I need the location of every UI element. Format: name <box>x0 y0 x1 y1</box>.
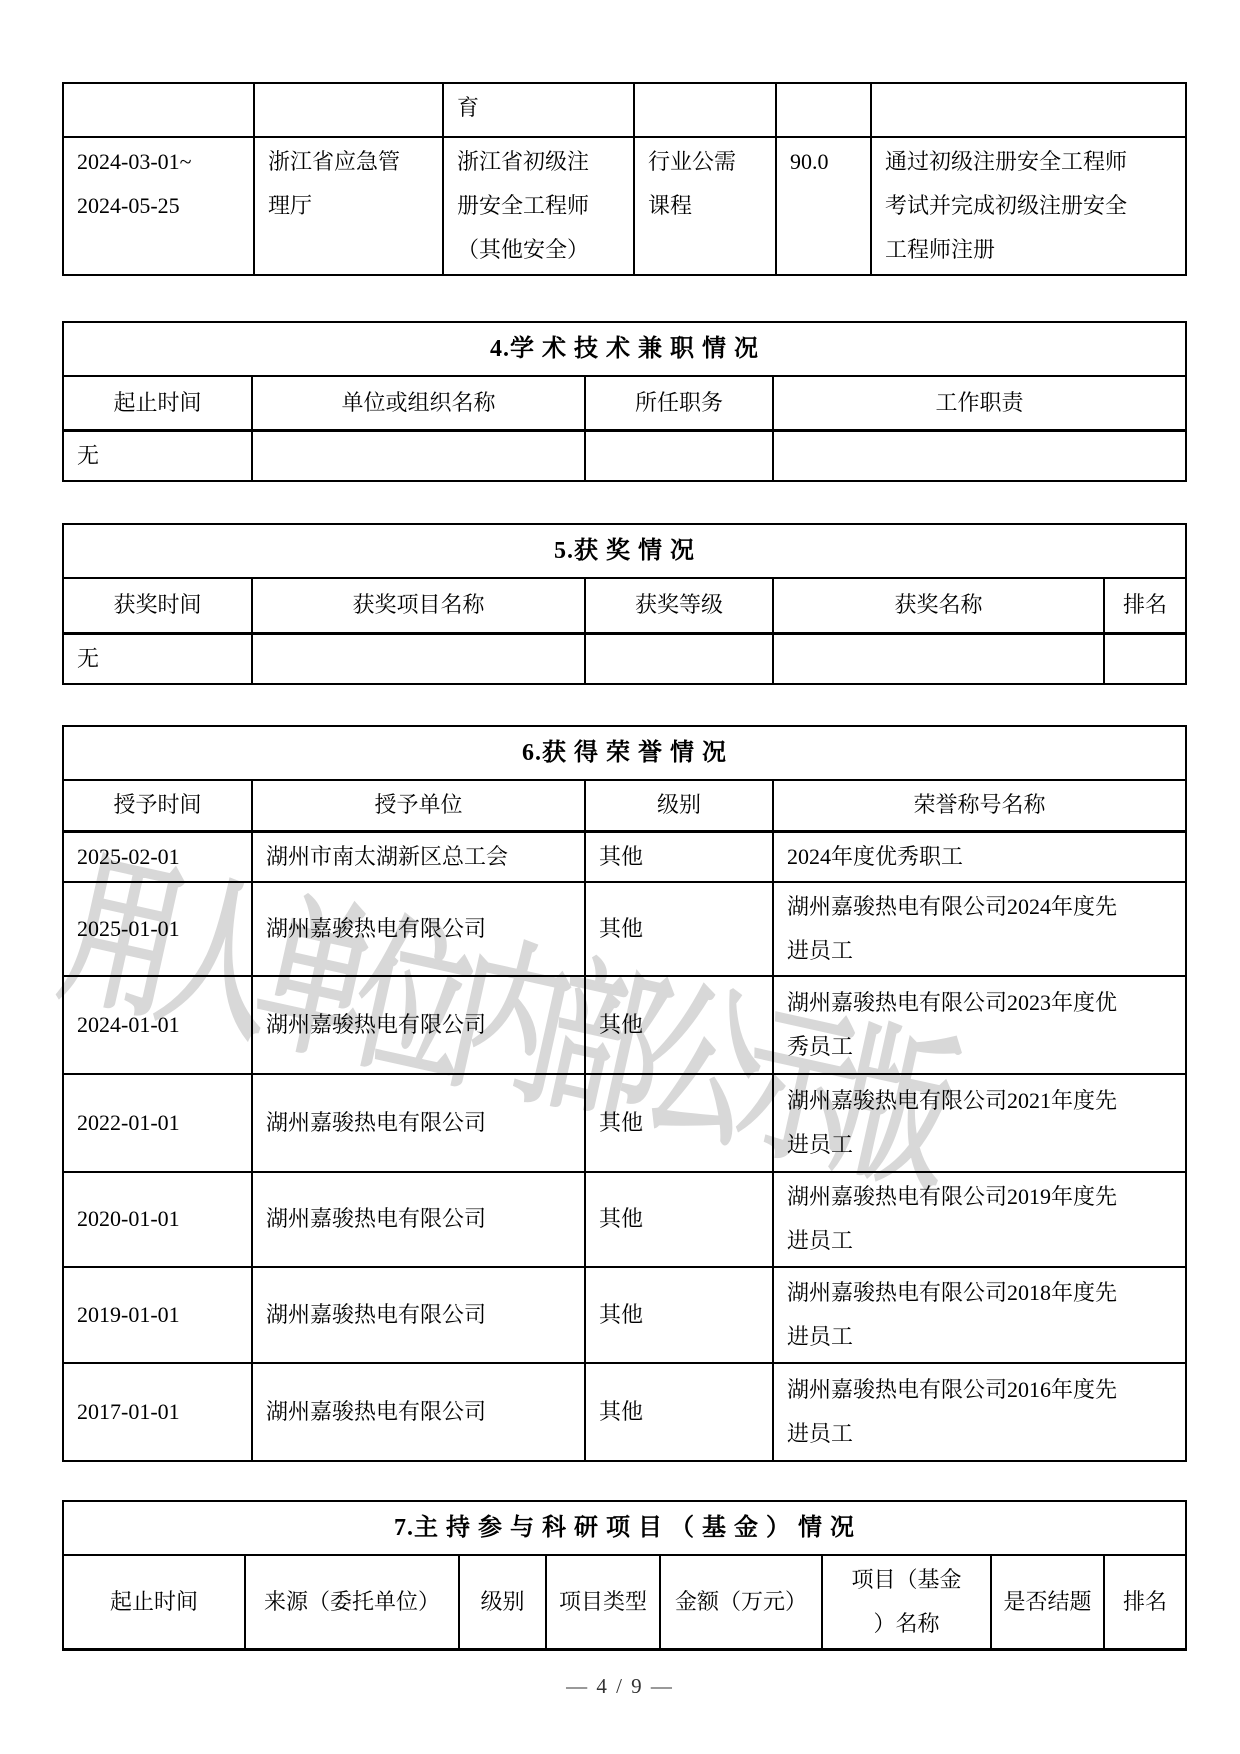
honor-date: 2025-02-01 <box>63 831 252 882</box>
column-header: 获奖名称 <box>773 578 1104 634</box>
column-header: 获奖时间 <box>63 578 252 634</box>
honor-level: 其他 <box>585 882 773 976</box>
training-course-type: 行业公需 课程 <box>634 137 776 275</box>
academic-period: 无 <box>63 430 252 481</box>
honor-org: 湖州市南太湖新区总工会 <box>252 831 585 882</box>
honor-title: 2024年度优秀职工 <box>773 831 1186 882</box>
page-content: 育 2024-03-01~ 2024-05-25 浙江省应急管 理厅 浙江省初级… <box>62 0 1185 1651</box>
section-title-row: 7.主 持 参 与 科 研 项 目 （ 基 金 ） 情 况 <box>63 1501 1186 1555</box>
table-cell <box>585 634 773 685</box>
honor-date: 2019-01-01 <box>63 1267 252 1363</box>
section-title-row: 6.获 得 荣 誉 情 况 <box>63 726 1186 780</box>
honor-title: 湖州嘉骏热电有限公司2019年度先 进员工 <box>773 1172 1186 1267</box>
training-hours: 90.0 <box>776 137 871 275</box>
training-continuation-table: 育 2024-03-01~ 2024-05-25 浙江省应急管 理厅 浙江省初级… <box>62 82 1187 276</box>
honor-org: 湖州嘉骏热电有限公司 <box>252 976 585 1074</box>
academic-positions-table: 4.学 术 技 术 兼 职 情 况 起止时间 单位或组织名称 所任职务 工作职责… <box>62 321 1187 482</box>
table-row: 无 <box>63 634 1186 685</box>
column-header: 荣誉称号名称 <box>773 780 1186 831</box>
table-cell <box>776 83 871 137</box>
table-cell <box>871 83 1186 137</box>
training-row: 2024-03-01~ 2024-05-25 浙江省应急管 理厅 浙江省初级注 … <box>63 137 1186 275</box>
section-title: 4.学 术 技 术 兼 职 情 况 <box>63 322 1186 376</box>
honor-row: 2020-01-01 湖州嘉骏热电有限公司 其他 湖州嘉骏热电有限公司2019年… <box>63 1172 1186 1267</box>
table-cell <box>252 430 585 481</box>
section-title: 5.获 奖 情 况 <box>63 524 1186 578</box>
column-header: 项目类型 <box>546 1555 660 1650</box>
column-header: 起止时间 <box>63 376 252 430</box>
table-row: 无 <box>63 430 1186 481</box>
honor-level: 其他 <box>585 831 773 882</box>
header-row: 起止时间 单位或组织名称 所任职务 工作职责 <box>63 376 1186 430</box>
table-cell <box>585 430 773 481</box>
table-cell <box>773 430 1186 481</box>
honor-level: 其他 <box>585 1363 773 1461</box>
column-header: 获奖项目名称 <box>252 578 585 634</box>
training-result: 通过初级注册安全工程师 考试并完成初级注册安全 工程师注册 <box>871 137 1186 275</box>
honor-row: 2022-01-01 湖州嘉骏热电有限公司 其他 湖州嘉骏热电有限公司2021年… <box>63 1074 1186 1172</box>
honor-date: 2017-01-01 <box>63 1363 252 1461</box>
training-course-name-fragment: 育 <box>443 83 634 137</box>
column-header: 所任职务 <box>585 376 773 430</box>
column-header: 单位或组织名称 <box>252 376 585 430</box>
honor-date: 2020-01-01 <box>63 1172 252 1267</box>
column-header: 授予时间 <box>63 780 252 831</box>
honor-level: 其他 <box>585 1267 773 1363</box>
honor-row: 2019-01-01 湖州嘉骏热电有限公司 其他 湖州嘉骏热电有限公司2018年… <box>63 1267 1186 1363</box>
training-organizer: 浙江省应急管 理厅 <box>254 137 443 275</box>
honor-title: 湖州嘉骏热电有限公司2016年度先 进员工 <box>773 1363 1186 1461</box>
honor-date: 2022-01-01 <box>63 1074 252 1172</box>
honor-title: 湖州嘉骏热电有限公司2018年度先 进员工 <box>773 1267 1186 1363</box>
honor-title: 湖州嘉骏热电有限公司2024年度先 进员工 <box>773 882 1186 976</box>
training-course-name: 浙江省初级注 册安全工程师 （其他安全） <box>443 137 634 275</box>
section-title: 6.获 得 荣 誉 情 况 <box>63 726 1186 780</box>
header-row: 获奖时间 获奖项目名称 获奖等级 获奖名称 排名 <box>63 578 1186 634</box>
section-title-row: 4.学 术 技 术 兼 职 情 况 <box>63 322 1186 376</box>
honor-org: 湖州嘉骏热电有限公司 <box>252 1172 585 1267</box>
column-header: 获奖等级 <box>585 578 773 634</box>
column-header: 来源（委托单位） <box>245 1555 459 1650</box>
honor-org: 湖州嘉骏热电有限公司 <box>252 1363 585 1461</box>
column-header: 工作职责 <box>773 376 1186 430</box>
column-header: 项目（基金 ）名称 <box>822 1555 991 1650</box>
column-header: 排名 <box>1104 1555 1186 1650</box>
awards-table: 5.获 奖 情 况 获奖时间 获奖项目名称 获奖等级 获奖名称 排名 无 <box>62 523 1187 686</box>
honor-row: 2025-01-01 湖州嘉骏热电有限公司 其他 湖州嘉骏热电有限公司2024年… <box>63 882 1186 976</box>
table-cell <box>773 634 1104 685</box>
honor-org: 湖州嘉骏热电有限公司 <box>252 882 585 976</box>
honor-date: 2024-01-01 <box>63 976 252 1074</box>
table-cell <box>252 634 585 685</box>
header-row: 授予时间 授予单位 级别 荣誉称号名称 <box>63 780 1186 831</box>
document-page: 用人单位内部公示版 育 2024-03-01~ 2024-05-25 浙江省应急… <box>0 0 1240 1754</box>
honor-level: 其他 <box>585 1172 773 1267</box>
column-header: 起止时间 <box>63 1555 245 1650</box>
honor-org: 湖州嘉骏热电有限公司 <box>252 1267 585 1363</box>
honor-level: 其他 <box>585 1074 773 1172</box>
honor-date: 2025-01-01 <box>63 882 252 976</box>
page-number: — 4 / 9 — <box>0 1674 1240 1699</box>
training-row-overflow: 育 <box>63 83 1186 137</box>
training-period: 2024-03-01~ 2024-05-25 <box>63 137 254 275</box>
honors-table: 6.获 得 荣 誉 情 况 授予时间 授予单位 级别 荣誉称号名称 2025-0… <box>62 725 1187 1462</box>
section-title: 7.主 持 参 与 科 研 项 目 （ 基 金 ） 情 况 <box>63 1501 1186 1555</box>
table-cell <box>634 83 776 137</box>
projects-table: 7.主 持 参 与 科 研 项 目 （ 基 金 ） 情 况 起止时间 来源（委托… <box>62 1500 1187 1651</box>
honor-org: 湖州嘉骏热电有限公司 <box>252 1074 585 1172</box>
table-cell <box>1104 634 1186 685</box>
header-row: 起止时间 来源（委托单位） 级别 项目类型 金额（万元） 项目（基金 ）名称 是… <box>63 1555 1186 1650</box>
honor-title: 湖州嘉骏热电有限公司2021年度先 进员工 <box>773 1074 1186 1172</box>
table-cell <box>254 83 443 137</box>
column-header: 级别 <box>585 780 773 831</box>
section-title-row: 5.获 奖 情 况 <box>63 524 1186 578</box>
column-header: 排名 <box>1104 578 1186 634</box>
honor-row: 2017-01-01 湖州嘉骏热电有限公司 其他 湖州嘉骏热电有限公司2016年… <box>63 1363 1186 1461</box>
table-cell <box>63 83 254 137</box>
award-time: 无 <box>63 634 252 685</box>
honor-row: 2024-01-01 湖州嘉骏热电有限公司 其他 湖州嘉骏热电有限公司2023年… <box>63 976 1186 1074</box>
honor-title: 湖州嘉骏热电有限公司2023年度优 秀员工 <box>773 976 1186 1074</box>
column-header: 是否结题 <box>991 1555 1104 1650</box>
column-header: 授予单位 <box>252 780 585 831</box>
column-header: 金额（万元） <box>660 1555 822 1650</box>
honor-row: 2025-02-01 湖州市南太湖新区总工会 其他 2024年度优秀职工 <box>63 831 1186 882</box>
honor-level: 其他 <box>585 976 773 1074</box>
column-header: 级别 <box>459 1555 546 1650</box>
